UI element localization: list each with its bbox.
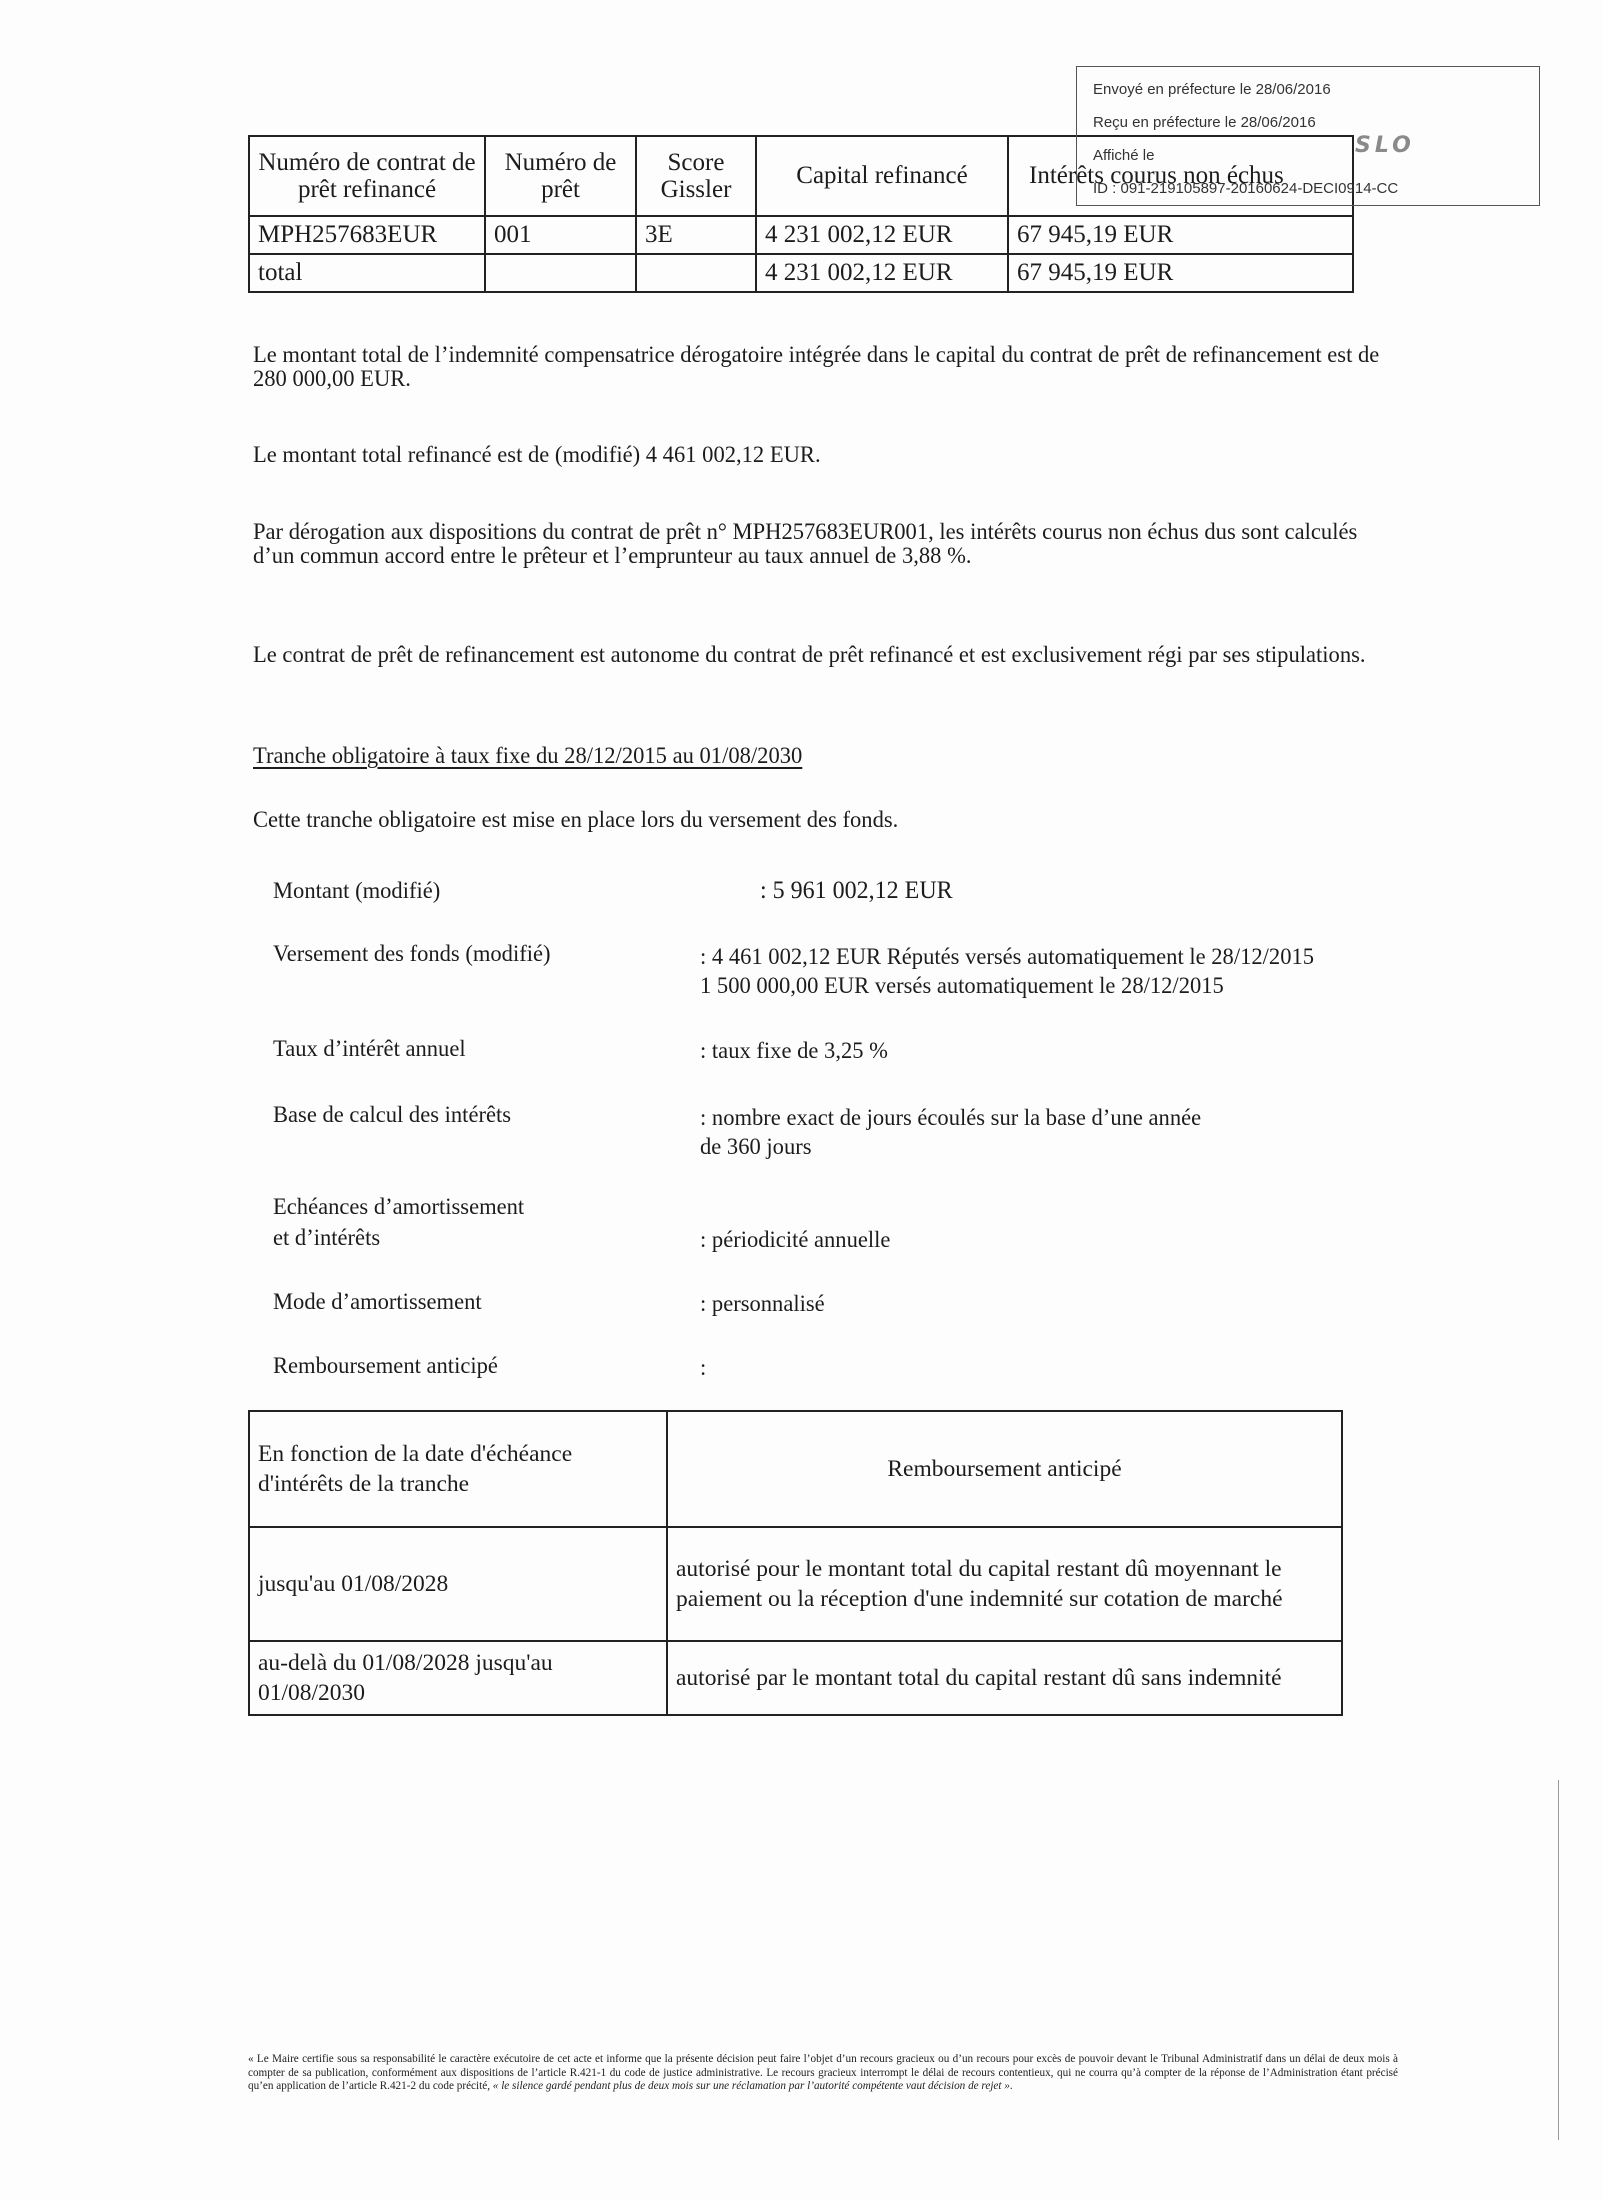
field-label-amortization-mode: Mode d’amortissement <box>273 1288 482 1317</box>
field-label-interest-basis: Base de calcul des intérêts <box>273 1101 511 1130</box>
prefecture-stamp: Envoyé en préfecture le 28/06/2016 Reçu … <box>1076 66 1540 206</box>
stamp-id: ID : 091-219105897-20160624-DECI0914-CC <box>1093 180 1398 197</box>
header-gissler-score: Score Gissler <box>636 136 756 216</box>
slo-logo-icon: SLO <box>1355 133 1415 158</box>
cell-total-capital: 4 231 002,12 EUR <box>756 254 1008 292</box>
header-capital-refinanced: Capital refinancé <box>756 136 1008 216</box>
total-refinanced-paragraph: Le montant total refinancé est de (modif… <box>253 443 1386 467</box>
table-row: au-delà du 01/08/2028 jusqu'au 01/08/203… <box>249 1641 1342 1715</box>
field-label-interest-rate: Taux d’intérêt annuel <box>273 1035 466 1064</box>
cell-empty <box>485 254 636 292</box>
table-header-row: En fonction de la date d'échéance d'inté… <box>249 1411 1342 1527</box>
field-value-interest-basis-2: de 360 jours <box>700 1133 1430 1162</box>
field-label-amount: Montant (modifié) <box>273 877 440 906</box>
field-value-funds-disbursement-2: 1 500 000,00 EUR versés automatiquement … <box>700 972 1430 1001</box>
legal-notice-quote: « le silence gardé pendant plus de deux … <box>493 2080 1010 2092</box>
derogation-paragraph: Par dérogation aux dispositions du contr… <box>253 520 1386 568</box>
cell-loan-number: 001 <box>485 216 636 254</box>
table-row: jusqu'au 01/08/2028 autorisé pour le mon… <box>249 1527 1342 1641</box>
field-value-early-repayment: : <box>700 1354 1430 1383</box>
cell-condition: autorisé par le montant total du capital… <box>667 1641 1342 1715</box>
early-repayment-table: En fonction de la date d'échéance d'inté… <box>248 1410 1343 1716</box>
document-page: Numéro de contrat de prêt refinancé Numé… <box>0 0 1603 2200</box>
field-label-funds-disbursement: Versement des fonds (modifié) <box>273 940 551 969</box>
cell-empty <box>636 254 756 292</box>
tranche-intro: Cette tranche obligatoire est mise en pl… <box>253 808 1386 832</box>
header-loan-number: Numéro de prêt <box>485 136 636 216</box>
field-label-schedule: Echéances d’amortissement <box>273 1193 524 1222</box>
field-value-interest-rate: : taux fixe de 3,25 % <box>700 1037 1430 1066</box>
cell-condition: autorisé pour le montant total du capita… <box>667 1527 1342 1641</box>
field-value-schedule: : périodicité annuelle <box>700 1226 1430 1255</box>
cell-gissler-score: 3E <box>636 216 756 254</box>
header-contract-number: Numéro de contrat de prêt refinancé <box>249 136 485 216</box>
field-label-early-repayment: Remboursement anticipé <box>273 1352 498 1381</box>
field-value-amount: : 5 961 002,12 EUR <box>760 876 1490 905</box>
legal-notice-end: . <box>1010 2080 1013 2092</box>
cell-period: au-delà du 01/08/2028 jusqu'au 01/08/203… <box>249 1641 667 1715</box>
header-due-date: En fonction de la date d'échéance d'inté… <box>249 1411 667 1527</box>
field-value-funds-disbursement: : 4 461 002,12 EUR Réputés versés automa… <box>700 943 1430 972</box>
tranche-heading: Tranche obligatoire à taux fixe du 28/12… <box>253 743 802 770</box>
scan-margin-line <box>1558 1780 1559 2140</box>
cell-contract-number: MPH257683EUR <box>249 216 485 254</box>
field-value-amortization-mode: : personnalisé <box>700 1290 1430 1319</box>
stamp-posted: Affiché le <box>1093 147 1154 164</box>
field-label-schedule-2: et d’intérêts <box>273 1224 380 1253</box>
legal-notice-footer: « Le Maire certifie sous sa responsabili… <box>248 2053 1398 2094</box>
header-early-repayment: Remboursement anticipé <box>667 1411 1342 1527</box>
cell-total-label: total <box>249 254 485 292</box>
cell-period: jusqu'au 01/08/2028 <box>249 1527 667 1641</box>
stamp-received-date: Reçu en préfecture le 28/06/2016 <box>1093 114 1316 131</box>
cell-total-interest: 67 945,19 EUR <box>1008 254 1353 292</box>
table-row: MPH257683EUR 001 3E 4 231 002,12 EUR 67 … <box>249 216 1353 254</box>
cell-capital-refinanced: 4 231 002,12 EUR <box>756 216 1008 254</box>
table-total-row: total 4 231 002,12 EUR 67 945,19 EUR <box>249 254 1353 292</box>
autonomy-paragraph: Le contrat de prêt de refinancement est … <box>253 643 1386 667</box>
field-value-interest-basis: : nombre exact de jours écoulés sur la b… <box>700 1104 1430 1133</box>
indemnity-paragraph: Le montant total de l’indemnité compensa… <box>253 343 1386 391</box>
stamp-sent-date: Envoyé en préfecture le 28/06/2016 <box>1093 81 1331 98</box>
cell-accrued-interest: 67 945,19 EUR <box>1008 216 1353 254</box>
